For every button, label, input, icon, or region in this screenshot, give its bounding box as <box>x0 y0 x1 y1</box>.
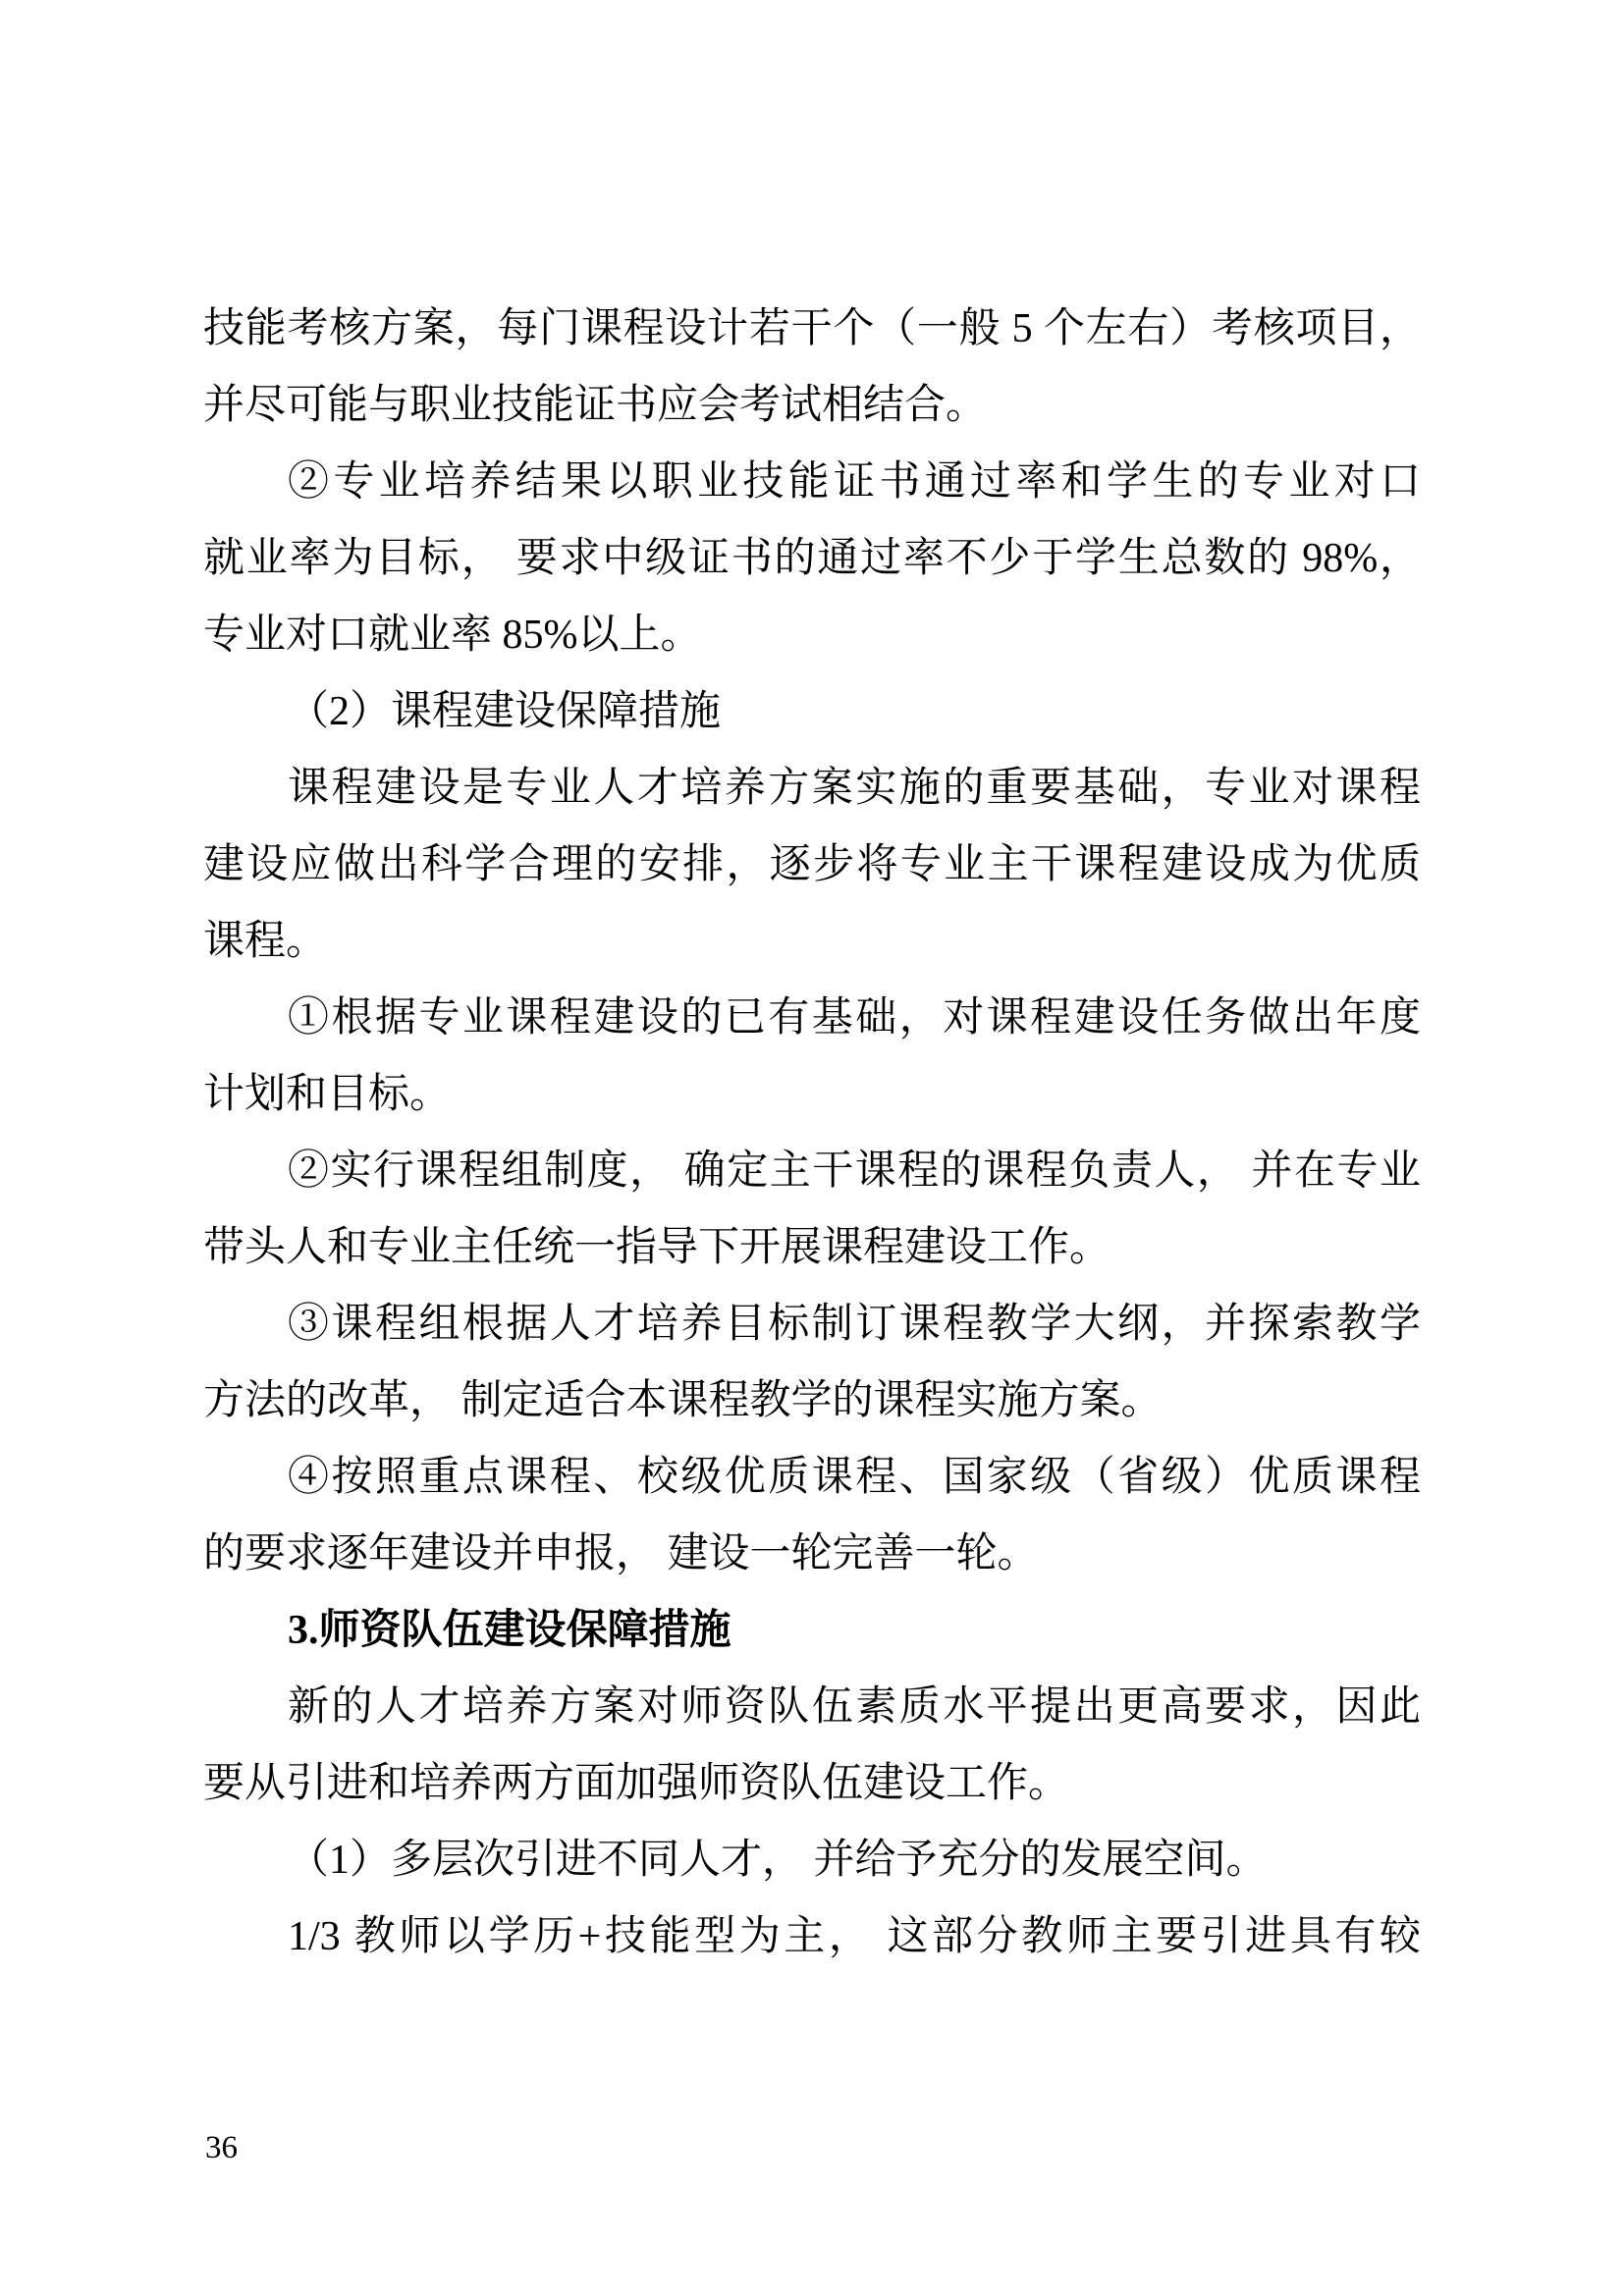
text-line: ③课程组根据人才培养目标制订课程教学大纲，并探索教学 <box>203 1286 1421 1362</box>
text-line: ④按照重点课程、校级优质课程、国家级（省级）优质课程 <box>203 1439 1421 1516</box>
page-number: 36 <box>205 2128 238 2167</box>
text-line: 建设应做出科学合理的安排，逐步将专业主干课程建设成为优质 <box>203 827 1421 903</box>
text-line: 新的人才培养方案对师资队伍素质水平提出更高要求，因此 <box>203 1669 1421 1745</box>
text-line: 课程。 <box>203 903 1421 980</box>
subsection-heading: （1）多层次引进不同人才， 并给予充分的发展空间。 <box>203 1822 1421 1898</box>
text-block: 技能考核方案，每门课程设计若干个（一般 5 个左右）考核项目， 并尽可能与职业技… <box>203 291 1421 1975</box>
text-line: 技能考核方案，每门课程设计若干个（一般 5 个左右）考核项目， <box>203 291 1421 367</box>
text-line: 课程建设是专业人才培养方案实施的重要基础，专业对课程 <box>203 750 1421 827</box>
text-line: 专业对口就业率 85%以上。 <box>203 597 1421 673</box>
text-line: 就业率为目标， 要求中级证书的通过率不少于学生总数的 98%， <box>203 520 1421 597</box>
section-heading: 3.师资队伍建设保障措施 <box>203 1592 1421 1669</box>
text-line: ①根据专业课程建设的已有基础，对课程建设任务做出年度 <box>203 980 1421 1056</box>
text-line: 的要求逐年建设并申报， 建设一轮完善一轮。 <box>203 1516 1421 1592</box>
text-line: 带头人和专业主任统一指导下开展课程建设工作。 <box>203 1209 1421 1286</box>
text-line: 方法的改革， 制定适合本课程教学的课程实施方案。 <box>203 1362 1421 1439</box>
text-line: ②专业培养结果以职业技能证书通过率和学生的专业对口 <box>203 444 1421 520</box>
text-line: 计划和目标。 <box>203 1056 1421 1133</box>
text-line: 要从引进和培养两方面加强师资队伍建设工作。 <box>203 1745 1421 1822</box>
text-line: 并尽可能与职业技能证书应会考试相结合。 <box>203 367 1421 444</box>
document-page: 技能考核方案，每门课程设计若干个（一般 5 个左右）考核项目， 并尽可能与职业技… <box>0 0 1624 2296</box>
subsection-heading: （2）课程建设保障措施 <box>203 673 1421 750</box>
text-line: ②实行课程组制度， 确定主干课程的课程负责人， 并在专业 <box>203 1133 1421 1209</box>
text-line: 1/3 教师以学历+技能型为主， 这部分教师主要引进具有较 <box>203 1898 1421 1975</box>
